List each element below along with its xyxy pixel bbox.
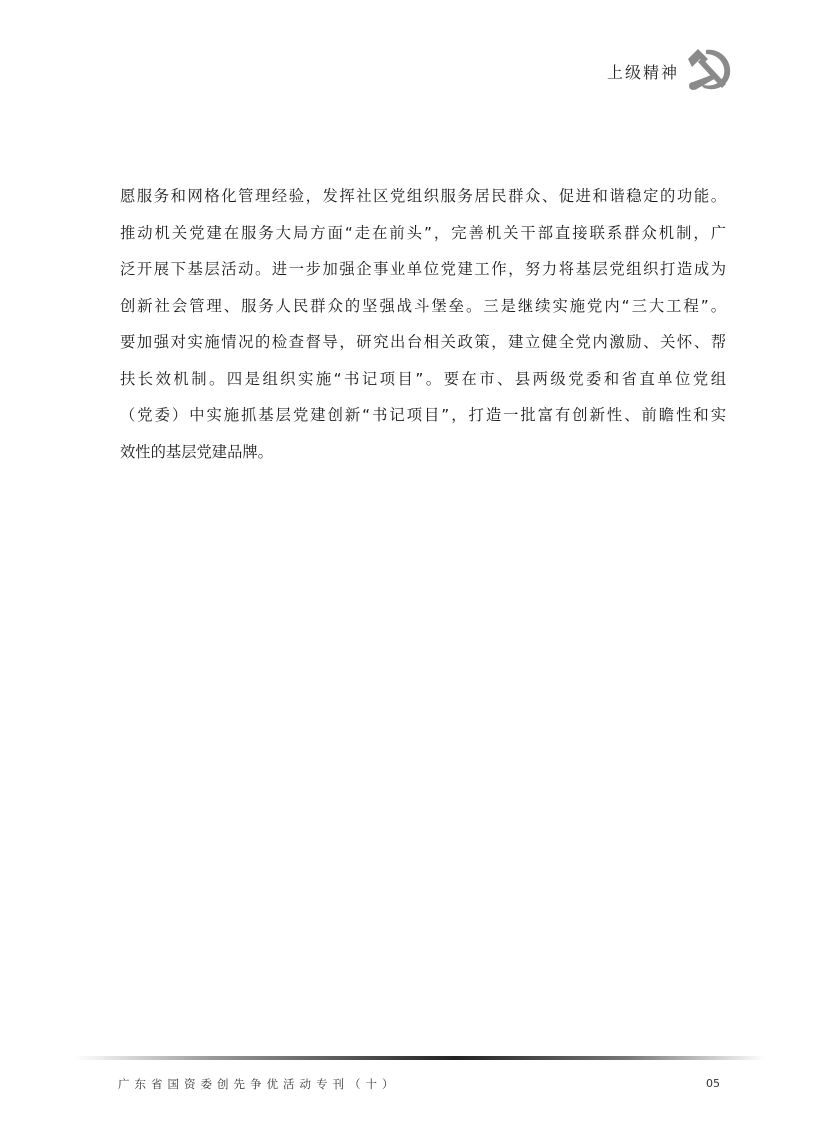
section-title: 上级精神 xyxy=(607,60,679,83)
text-line: 创新社会管理、服务人民群众的坚强战斗堡垒。三是继续实施党内“三大工程”。 xyxy=(120,288,726,325)
text-line: 泛开展下基层活动。进一步加强企事业单位党建工作，努力将基层党组织打造成为 xyxy=(120,251,726,288)
publication-title: 广东省国资委创先争优活动专刊（十） xyxy=(118,1076,399,1092)
text-line: 扶长效机制。四是组织实施“书记项目”。要在市、县两级党委和省直单位党组 xyxy=(120,361,726,398)
footer-divider xyxy=(75,1056,765,1060)
page-number: 05 xyxy=(706,1077,720,1090)
text-line: 愿服务和网格化管理经验，发挥社区党组织服务居民群众、促进和谐稳定的功能。 xyxy=(120,178,726,215)
text-line: （党委）中实施抓基层党建创新“书记项目”，打造一批富有创新性、前瞻性和实 xyxy=(120,397,726,434)
text-line: 要加强对实施情况的检查督导，研究出台相关政策，建立健全党内激励、关怀、帮 xyxy=(120,324,726,361)
text-line: 推动机关党建在服务大局方面“走在前头”，完善机关干部直接联系群众机制，广 xyxy=(120,215,726,252)
party-emblem-icon xyxy=(684,44,734,94)
body-paragraph: 愿服务和网格化管理经验，发挥社区党组织服务居民群众、促进和谐稳定的功能。 推动机… xyxy=(120,178,726,470)
text-line: 效性的基层党建品牌。 xyxy=(120,434,726,471)
